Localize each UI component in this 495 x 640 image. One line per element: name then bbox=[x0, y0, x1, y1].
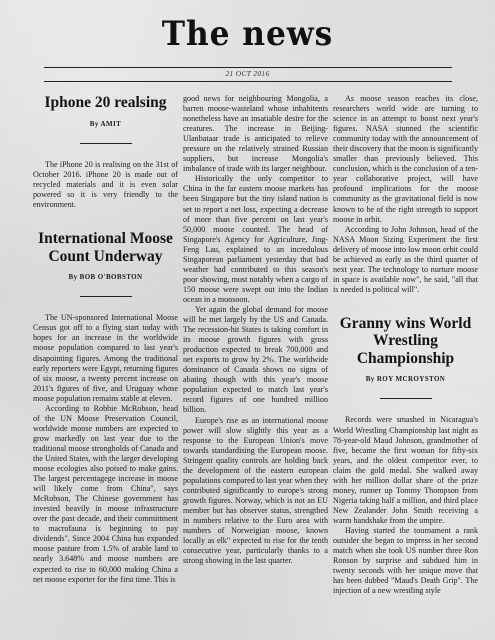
article-paragraph-continued: good news for neighbouring Mongolia, a b… bbox=[183, 94, 328, 174]
article-iphone: Iphone 20 realsing By AMIT The iPhone 20… bbox=[33, 94, 178, 210]
article-gap bbox=[333, 295, 478, 315]
article-paragraph: Historically the only competitor to Chin… bbox=[183, 174, 328, 305]
byline-separator bbox=[80, 296, 132, 297]
article-moose-count: International Moose Count Underway By BO… bbox=[33, 230, 178, 584]
article-byline: By BOB O'BOBSTON bbox=[33, 272, 178, 282]
article-headline: Iphone 20 realsing bbox=[33, 94, 178, 112]
article-paragraph: Having started the tournament a rank out… bbox=[333, 526, 478, 596]
masthead-rule-top bbox=[44, 67, 452, 68]
article-granny-wrestling: Granny wins World Wrestling Championship… bbox=[333, 315, 478, 596]
article-paragraph: Records were smashed in Nicaragua's Worl… bbox=[333, 415, 478, 526]
column-left: Iphone 20 realsing By AMIT The iPhone 20… bbox=[33, 94, 178, 585]
column-middle: good news for neighbouring Mongolia, a b… bbox=[183, 94, 328, 566]
article-byline: By ROY MCROYSTON bbox=[333, 374, 478, 384]
article-paragraph: According to Robbie McRobson, head of th… bbox=[33, 404, 178, 585]
article-gap bbox=[33, 210, 178, 230]
article-byline: By AMIT bbox=[33, 119, 178, 129]
column-right: As moose season reaches its close, resea… bbox=[333, 94, 478, 596]
article-headline: International Moose Count Underway bbox=[33, 230, 178, 265]
article-paragraph: The iPhone 20 is realising on the 31st o… bbox=[33, 160, 178, 210]
dateline: 21 OCT 2016 bbox=[0, 69, 495, 78]
article-paragraph: According to John Johnson, head of the N… bbox=[333, 225, 478, 295]
masthead-rule-bottom bbox=[44, 81, 452, 82]
masthead-title: The news bbox=[20, 14, 475, 54]
article-paragraph: As moose season reaches its close, resea… bbox=[333, 94, 478, 225]
article-paragraph: Europe's rise as an international moose … bbox=[183, 416, 328, 567]
byline-separator bbox=[380, 398, 432, 399]
byline-separator bbox=[80, 143, 132, 144]
article-paragraph: The UN-sponsored International Moose Cen… bbox=[33, 313, 178, 403]
article-headline: Granny wins World Wrestling Championship bbox=[333, 315, 478, 368]
article-paragraph: Yet again the global demand for moose wi… bbox=[183, 305, 328, 416]
